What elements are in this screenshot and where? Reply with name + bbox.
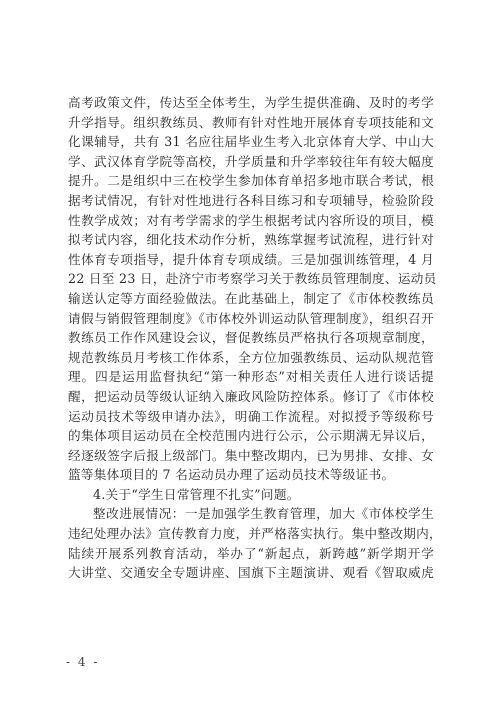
- text-line: 规范教练员月考核工作体系，全方位加强教练员、运动队规范管: [68, 348, 434, 368]
- text-line: 4.关于“学生日常管理不扎实”问题。: [68, 485, 434, 505]
- text-line: 篮等集体项目的 7 名运动员办理了运动员技术等级证书。: [68, 465, 434, 485]
- text-line: 高考政策文件，传达至全体考生，为学生提供准确、及时的考学: [68, 93, 434, 113]
- text-line: 陆续开展系列教育活动，举办了“新起点，新跨越”新学期开学: [68, 544, 434, 564]
- text-line: 醒，把运动员等级认证纳入廉政风险防控体系。修订了《市体校: [68, 387, 434, 407]
- text-line: 提升。二是组织中三在校学生参加体育单招多地市联合考试，根: [68, 171, 434, 191]
- text-line: 理。四是运用监督执纪“第一种形态”对相关责任人进行谈话提: [68, 367, 434, 387]
- text-line: 运动员技术等级申请办法》，明确工作流程。对拟授予等级称号: [68, 407, 434, 427]
- text-line: 经逐级签字后报上级部门。集中整改期内，已为男排、女排、女: [68, 446, 434, 466]
- text-line: 化课辅导，共有 31 名应往届毕业生考入北京体育大学、中山大: [68, 132, 434, 152]
- document-page: 高考政策文件，传达至全体考生，为学生提供准确、及时的考学升学指导。组织教练员、教…: [0, 0, 500, 707]
- text-line: 学、武汉体育学院等高校，升学质量和升学率较往年有较大幅度: [68, 152, 434, 172]
- text-line: 大讲堂、交通安全专题讲座、国旗下主题演讲、观看《智取威虎: [68, 563, 434, 583]
- body-text: 高考政策文件，传达至全体考生，为学生提供准确、及时的考学升学指导。组织教练员、教…: [68, 93, 434, 583]
- text-line: 整改进展情况：一是加强学生教育管理，加大《市体校学生: [68, 504, 434, 524]
- text-line: 22 日至 23 日，赴济宁市考察学习关于教练员管理制度、运动员: [68, 269, 434, 289]
- page-number: - 4 -: [66, 655, 99, 669]
- text-line: 教练员工作作风建设会议，督促教练员严格执行各项规章制度，: [68, 328, 434, 348]
- text-line: 请假与销假管理制度》《市体校外训运动队管理制度》，组织召开: [68, 309, 434, 329]
- text-line: 输送认定等方面经验做法。在此基础上，制定了《市体校教练员: [68, 289, 434, 309]
- text-line: 升学指导。组织教练员、教师有针对性地开展体育专项技能和文: [68, 113, 434, 133]
- text-line: 的集体项目运动员在全校范围内进行公示，公示期满无异议后，: [68, 426, 434, 446]
- text-line: 性教学成效；对有考学需求的学生根据考试内容所设的项目，模: [68, 211, 434, 231]
- text-line: 违纪处理办法》宣传教育力度，并严格落实执行。集中整改期内，: [68, 524, 434, 544]
- text-line: 性体育专项指导，提升体育专项成绩。三是加强训练管理，4 月: [68, 250, 434, 270]
- text-line: 据考试情况，有针对性地进行各科目练习和专项辅导，检验阶段: [68, 191, 434, 211]
- text-line: 拟考试内容，细化技术动作分析，熟练掌握考试流程，进行针对: [68, 230, 434, 250]
